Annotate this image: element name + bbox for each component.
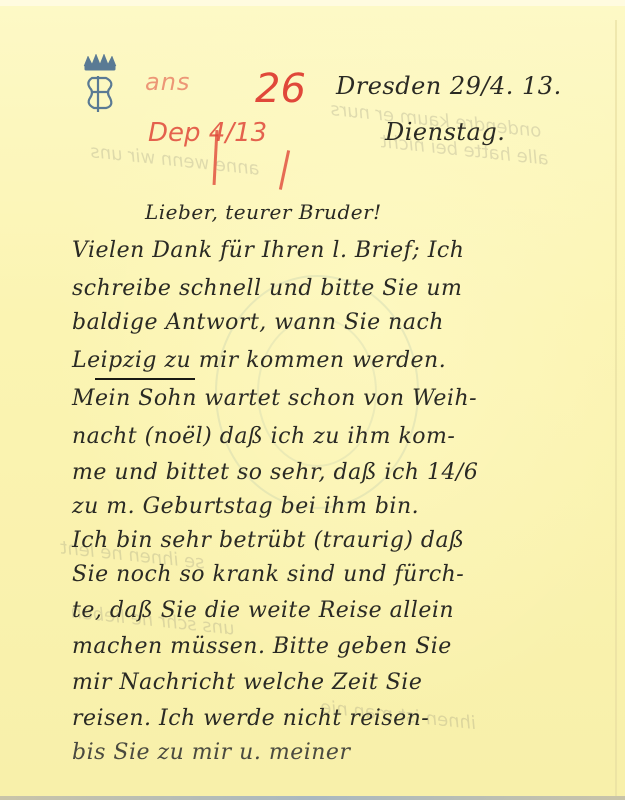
- letter-weekday: Dienstag.: [385, 118, 505, 146]
- letter-body-line: baldige Antwort, wann Sie nach: [72, 310, 444, 335]
- paper-fold-crease: [615, 20, 617, 800]
- letter-body-line: nacht (noël) daß ich zu ihm kom-: [72, 424, 455, 449]
- letter-body-line: schreibe schnell und bitte Sie um: [72, 276, 462, 301]
- letter-body-line: Ich bin sehr betrübt (traurig) daß: [72, 528, 464, 553]
- archive-note-mark: ans: [145, 68, 190, 96]
- paper-bottom-edge: [0, 796, 625, 800]
- letter-salutation: Lieber, teurer Bruder!: [145, 200, 382, 224]
- letter-paper: ondendre kaum er nurs alle hatte bei nic…: [0, 0, 625, 800]
- crown-monogram-icon: [80, 52, 120, 122]
- archive-note-second-line: Dep 4/13: [148, 118, 267, 148]
- letter-body-line: bis Sie zu mir u. meiner: [72, 740, 350, 765]
- letter-body-line: zu m. Geburtstag bei ihm bin.: [72, 494, 419, 519]
- letter-body-line: Mein Sohn wartet schon von Weih-: [72, 386, 477, 411]
- letter-body-line: reisen. Ich werde nicht reisen-: [72, 706, 429, 731]
- letter-body-line: machen müssen. Bitte geben Sie: [72, 634, 452, 659]
- letter-body-line: te, daß Sie die weite Reise allein: [72, 598, 454, 623]
- letter-body-line: Sie noch so krank sind und fürch-: [72, 562, 464, 587]
- letter-body-line: mir Nachricht welche Zeit Sie: [72, 670, 422, 695]
- letter-body-line: Leipzig zu mir kommen werden.: [72, 348, 446, 373]
- archive-note-number: 26: [255, 66, 306, 112]
- archive-note-stroke: [279, 150, 290, 190]
- leipzig-underline: [95, 378, 195, 380]
- letter-place-date: Dresden 29/4. 13.: [336, 72, 562, 100]
- letter-body-line: Vielen Dank für Ihren l. Brief; Ich: [72, 238, 464, 263]
- paper-top-edge: [0, 0, 625, 6]
- letter-body-line: me und bittet so sehr, daß ich 14/6: [72, 460, 478, 485]
